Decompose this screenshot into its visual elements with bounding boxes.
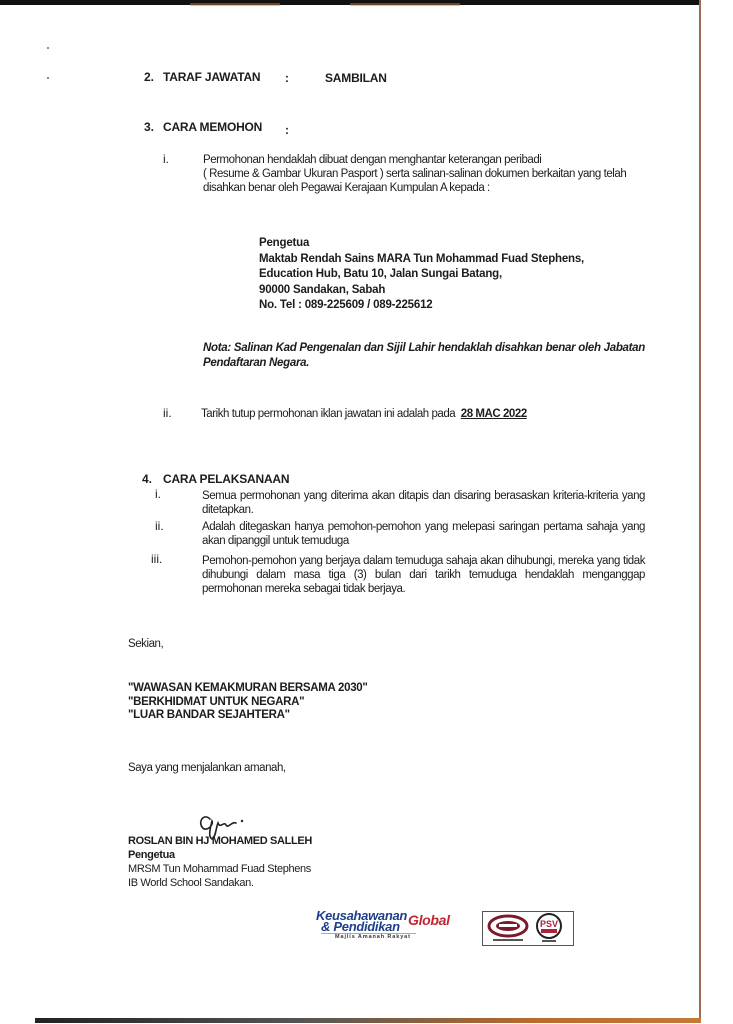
scan-right-margin — [701, 0, 733, 1024]
scan-top-edge — [0, 0, 733, 5]
address-line: Pengetua — [259, 236, 584, 252]
scan-speck — [47, 47, 49, 49]
logo-subtext: Majlis Amanah Rakyat — [335, 934, 411, 940]
closing-date: 28 MAC 2022 — [461, 408, 527, 420]
item-numeral: ii. — [155, 519, 164, 533]
signatory-school: MRSM Tun Mohammad Fuad Stephens — [128, 862, 312, 876]
item-numeral: ii. — [163, 406, 172, 420]
application-instructions: Permohonan hendaklah dibuat dengan mengh… — [203, 153, 626, 195]
motto: "LUAR BANDAR SEJAHTERA" — [128, 709, 368, 723]
item-numeral: i. — [163, 152, 169, 166]
section-title: TARAF JAWATAN — [163, 70, 260, 84]
address-line: Education Hub, Batu 10, Jalan Sungai Bat… — [259, 267, 584, 283]
section-number: 3. — [144, 120, 154, 134]
keusahawanan-pendidikan-global-logo: Keusahawanan & Pendidikan Global Majlis … — [313, 908, 453, 944]
section-number: 4. — [142, 472, 152, 486]
logo-text: & Pendidikan — [321, 919, 400, 934]
process-item: Pemohon-pemohon yang berjaya dalam temud… — [202, 554, 645, 596]
item-numeral: iii. — [151, 552, 162, 566]
section-title: CARA PELAKSANAAN — [163, 472, 289, 486]
certification-badges-icon: PSV — [483, 912, 573, 945]
note: Nota: Salinan Kad Pengenalan dan Sijil L… — [203, 341, 645, 371]
text-line: disahkan benar oleh Pegawai Kerajaan Kum… — [203, 181, 626, 195]
mailing-address: Pengetua Maktab Rendah Sains MARA Tun Mo… — [259, 236, 584, 314]
item-numeral: i. — [155, 487, 161, 501]
signatory-school-2: IB World School Sandakan. — [128, 876, 312, 890]
page-bottom-edge — [35, 1018, 701, 1023]
closing-salutation: Sekian, — [128, 637, 163, 651]
section-title: CARA MEMOHON — [163, 120, 262, 134]
page-right-edge — [699, 0, 701, 1018]
employment-status-value: SAMBILAN — [325, 71, 387, 85]
signatory-name: ROSLAN BIN HJ MOHAMED SALLEH — [128, 834, 312, 848]
address-line: 90000 Sandakan, Sabah — [259, 283, 584, 299]
colon: : — [285, 71, 289, 85]
mottos: "WAWASAN KEMAKMURAN BERSAMA 2030" "BERKH… — [128, 682, 368, 723]
logo-text: Global — [408, 912, 450, 928]
scan-speck — [47, 77, 49, 79]
address-line: Maktab Rendah Sains MARA Tun Mohammad Fu… — [259, 252, 584, 268]
closing-date-line: Tarikh tutup permohonan iklan jawatan in… — [201, 407, 527, 421]
colon: : — [285, 123, 289, 137]
motto: "WAWASAN KEMAKMURAN BERSAMA 2030" — [128, 682, 368, 696]
process-item: Adalah ditegaskan hanya pemohon-pemohon … — [202, 520, 645, 548]
signatory-position: Pengetua — [128, 848, 312, 862]
section-number: 2. — [144, 70, 154, 84]
signature-block: ROSLAN BIN HJ MOHAMED SALLEH Pengetua MR… — [128, 834, 312, 890]
phone-line: No. Tel : 089-225609 / 089-225612 — [259, 298, 584, 314]
process-item: Semua permohonan yang diterima akan dita… — [202, 489, 645, 517]
closing-date-text: Tarikh tutup permohonan iklan jawatan in… — [201, 408, 455, 420]
trust-line: Saya yang menjalankan amanah, — [128, 761, 286, 775]
certification-logos: PSV — [482, 911, 574, 946]
text-line: ( Resume & Gambar Ukuran Pasport ) serta… — [203, 167, 626, 181]
motto: "BERKHIDMAT UNTUK NEGARA" — [128, 696, 368, 710]
text-line: Permohonan hendaklah dibuat dengan mengh… — [203, 153, 626, 167]
svg-text:PSV: PSV — [540, 919, 558, 929]
